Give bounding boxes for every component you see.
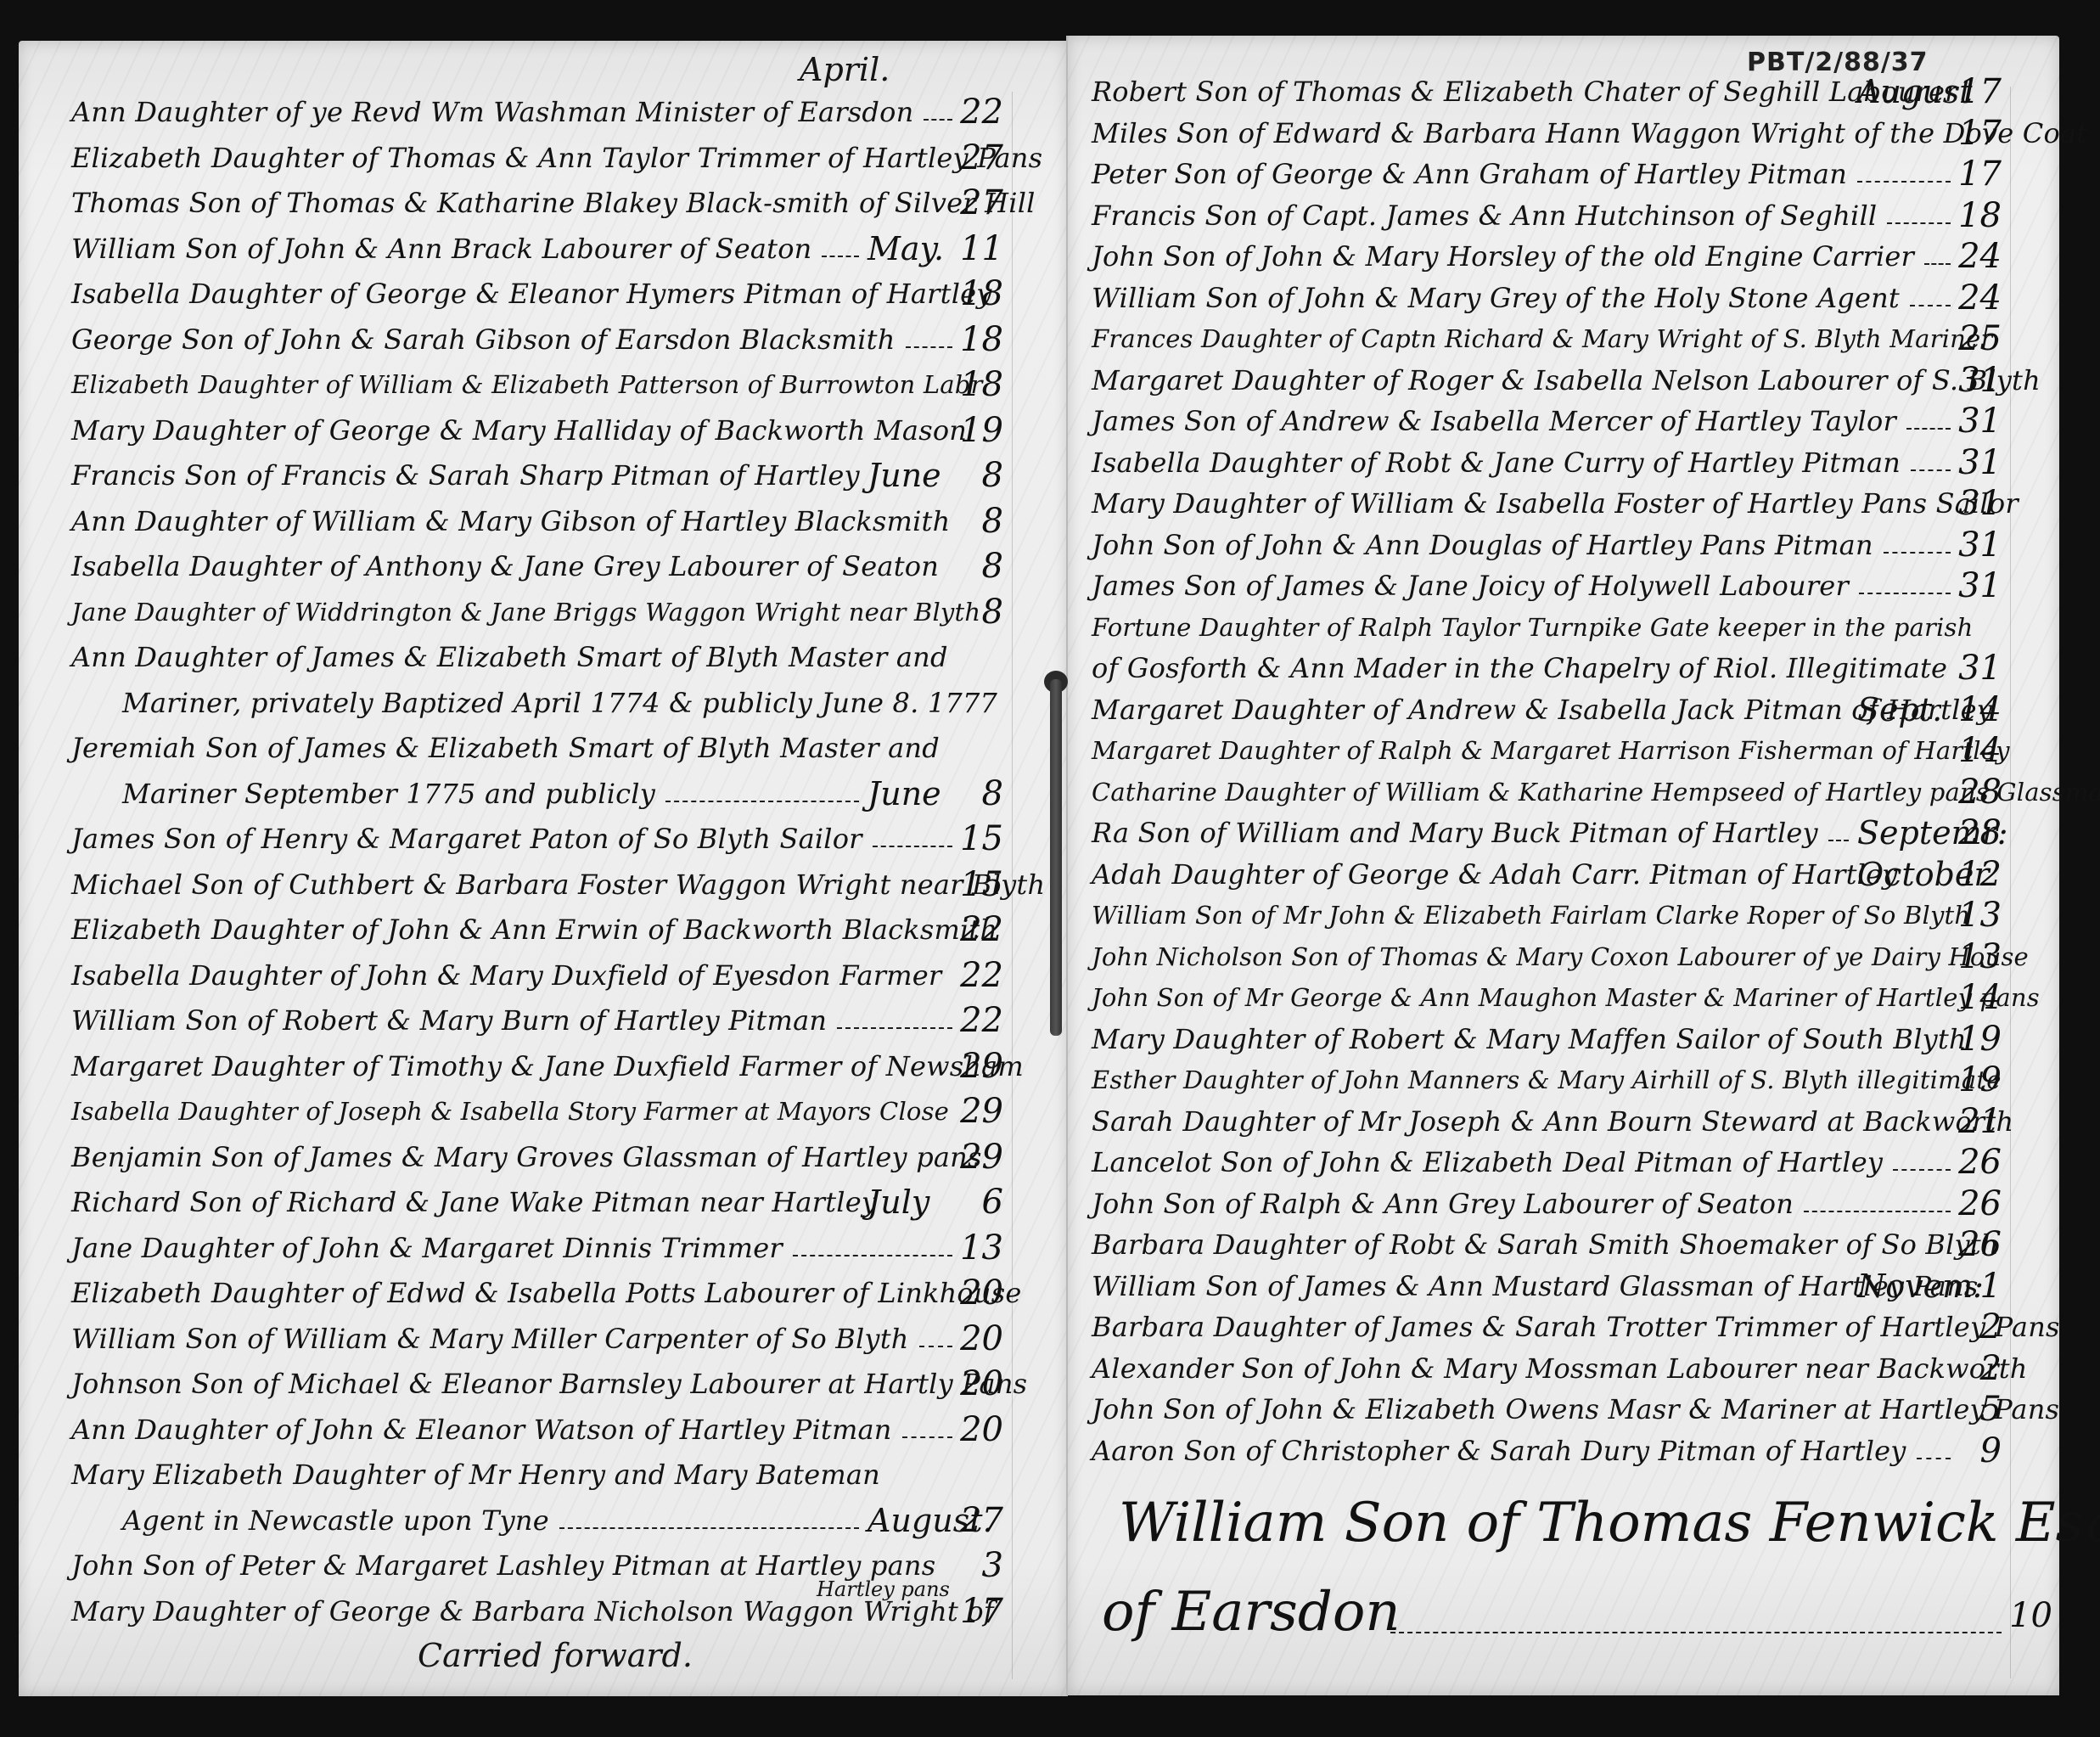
day-number: 8	[944, 499, 1003, 543]
register-entry: Agent in Newcastle upon TyneAugust.27	[19, 1498, 1068, 1543]
entry-text: Michael Son of Cuthbert & Barbara Foster…	[71, 863, 1045, 907]
entry-text: James Son of Henry & Margaret Paton of S…	[71, 817, 862, 861]
register-entry: Sarah Daughter of Mr Joseph & Ann Bourn …	[1068, 1099, 2059, 1144]
entry-text: Barbara Daughter of James & Sarah Trotte…	[1092, 1305, 2060, 1349]
day-number: 31	[1942, 358, 2002, 402]
register-entry: Margaret Daughter of Ralph & Margaret Ha…	[1068, 728, 2059, 773]
register-entry: Margaret Daughter of Andrew & Isabella J…	[1068, 688, 2059, 732]
entry-text: Thomas Son of Thomas & Katharine Blakey …	[71, 181, 1036, 225]
register-entry: Catharine Daughter of William & Katharin…	[1068, 770, 2059, 814]
entry-text: Margaret Daughter of Timothy & Jane Duxf…	[71, 1044, 1024, 1088]
entry-text: Mary Elizabeth Daughter of Mr Henry and …	[71, 1453, 880, 1497]
register-entry: Isabella Daughter of John & Mary Duxfiel…	[19, 953, 1068, 998]
register-entry: James Son of Andrew & Isabella Mercer of…	[1068, 399, 2059, 443]
day-number: 13	[1942, 935, 2002, 979]
day-number: 19	[944, 408, 1003, 453]
entry-text: Ann Daughter of ye Revd Wm Washman Minis…	[71, 90, 913, 134]
day-number: 8	[944, 772, 1003, 816]
entry-text: Jane Daughter of Widdrington & Jane Brig…	[71, 590, 980, 634]
day-number: 13	[944, 1226, 1003, 1270]
entry-text: Barbara Daughter of Robt & Sarah Smith S…	[1092, 1223, 1999, 1267]
entry-text: James Son of James & Jane Joicy of Holyw…	[1092, 564, 1849, 608]
day-number: 8	[944, 544, 1003, 588]
day-number: 31	[1942, 646, 2002, 690]
month-label: June	[868, 453, 941, 497]
entry-text: John Son of John & Mary Horsley of the o…	[1092, 234, 1914, 278]
day-number: 14	[1942, 688, 2002, 732]
entry-text: Jane Daughter of John & Margaret Dinnis …	[71, 1226, 783, 1270]
register-entry: John Son of John & Mary Horsley of the o…	[1068, 234, 2059, 278]
entry-text: Johnson Son of Michael & Eleanor Barnsle…	[71, 1362, 1027, 1406]
entry-text: Isabella Daughter of John & Mary Duxfiel…	[71, 953, 941, 998]
entry-text: Mary Daughter of William & Isabella Fost…	[1092, 481, 2019, 526]
register-entry: Johnson Son of Michael & Eleanor Barnsle…	[19, 1362, 1068, 1406]
day-number: 19	[1942, 1058, 2002, 1102]
register-entry: George Son of John & Sarah Gibson of Ear…	[19, 318, 1068, 362]
month-label: July	[868, 1180, 929, 1224]
entry-text: Mariner, privately Baptized April 1774 &…	[122, 681, 997, 725]
entry-text: Mary Daughter of George & Mary Halliday …	[71, 408, 967, 453]
month-label: May.	[868, 227, 944, 271]
register-entry: William Son of William & Mary Miller Car…	[19, 1317, 1068, 1361]
register-entry: Isabella Daughter of George & Eleanor Hy…	[19, 272, 1068, 316]
day-number: 9	[1942, 1429, 2002, 1473]
register-entry: Ann Daughter of ye Revd Wm Washman Minis…	[19, 90, 1068, 134]
register-entry: Mary Daughter of William & Isabella Fost…	[1068, 481, 2059, 526]
day-number: 5	[1942, 1387, 2002, 1431]
register-entry: Frances Daughter of Captn Richard & Mary…	[1068, 317, 2059, 361]
final-entry-day: 10	[1993, 1594, 2052, 1638]
entry-text: Peter Son of George & Ann Graham of Hart…	[1092, 152, 1847, 196]
month-label: June	[868, 772, 941, 816]
day-number: 24	[1942, 234, 2002, 278]
register-entry: Isabella Daughter of Robt & Jane Curry o…	[1068, 441, 2059, 485]
register-entry: Isabella Daughter of Joseph & Isabella S…	[19, 1089, 1068, 1133]
entry-text: John Son of John & Elizabeth Owens Masr …	[1092, 1387, 2059, 1431]
entry-text: Ann Daughter of John & Eleanor Watson of…	[71, 1408, 892, 1452]
right-page: PBT/2/88/37 Robert Son of Thomas & Eliza…	[1068, 36, 2059, 1695]
day-number: 27	[944, 1498, 1003, 1543]
entry-text: Benjamin Son of James & Mary Groves Glas…	[71, 1135, 982, 1179]
register-entry: Lancelot Son of John & Elizabeth Deal Pi…	[1068, 1140, 2059, 1184]
register-entry: Elizabeth Daughter of Thomas & Ann Taylo…	[19, 136, 1068, 180]
register-entry: Mariner, privately Baptized April 1774 &…	[19, 681, 1068, 725]
entry-text: John Nicholson Son of Thomas & Mary Coxo…	[1092, 935, 2029, 979]
day-number: 11	[944, 227, 1003, 271]
leader-line	[837, 1027, 952, 1029]
entry-text: Jeremiah Son of James & Elizabeth Smart …	[71, 726, 940, 770]
day-number: 31	[1942, 564, 2002, 608]
day-number: 8	[944, 590, 1003, 634]
register-entry: William Son of Robert & Mary Burn of Har…	[19, 998, 1068, 1043]
day-number: 6	[944, 1180, 1003, 1224]
register-entry: John Son of John & Elizabeth Owens Masr …	[1068, 1387, 2059, 1431]
entry-text: of Gosforth & Ann Mader in the Chapelry …	[1092, 646, 1947, 690]
register-entry: Jeremiah Son of James & Elizabeth Smart …	[19, 726, 1068, 770]
register-entry: Esther Daughter of John Manners & Mary A…	[1068, 1058, 2059, 1102]
carried-forward-note: Carried forward.	[418, 1637, 693, 1674]
leader-line	[1390, 1632, 2002, 1633]
register-entry: Miles Son of Edward & Barbara Hann Waggo…	[1068, 111, 2059, 155]
day-number: 20	[944, 1362, 1003, 1406]
entry-text: Alexander Son of John & Mary Mossman Lab…	[1092, 1346, 2028, 1391]
register-entry: Benjamin Son of James & Mary Groves Glas…	[19, 1135, 1068, 1179]
register-entry: Elizabeth Daughter of William & Elizabet…	[19, 363, 1068, 407]
entry-text: Francis Son of Francis & Sarah Sharp Pit…	[71, 453, 860, 497]
register-entry: Alexander Son of John & Mary Mossman Lab…	[1068, 1346, 2059, 1391]
day-number: 22	[944, 998, 1003, 1043]
day-number: 17	[1942, 111, 2002, 155]
day-number: 22	[944, 90, 1003, 134]
day-number: 8	[944, 453, 1003, 497]
entry-text: Ann Daughter of James & Elizabeth Smart …	[71, 635, 948, 679]
leader-line	[665, 801, 859, 802]
left-page: April. Ann Daughter of ye Revd Wm Washma…	[19, 41, 1068, 1696]
register-entry: Jane Daughter of Widdrington & Jane Brig…	[19, 590, 1068, 634]
leader-line	[1884, 552, 1951, 554]
register-entry: Margaret Daughter of Timothy & Jane Duxf…	[19, 1044, 1068, 1088]
day-number: 22	[944, 908, 1003, 952]
entry-text: William Son of Mr John & Elizabeth Fairl…	[1092, 893, 1970, 937]
entry-text: Mary Daughter of Robert & Mary Maffen Sa…	[1092, 1017, 1967, 1061]
day-number: 17	[1942, 70, 2002, 114]
entry-text: Francis Son of Capt. James & Ann Hutchin…	[1092, 194, 1877, 238]
final-entry-line1: William Son of Thomas Fenwick Esqr	[1119, 1492, 2100, 1554]
day-number: 28	[1942, 811, 2002, 855]
entry-text: James Son of Andrew & Isabella Mercer of…	[1092, 399, 1896, 443]
entry-text: Isabella Daughter of George & Eleanor Hy…	[71, 272, 992, 316]
leader-line	[1859, 593, 1951, 594]
register-entry: Robert Son of Thomas & Elizabeth Chater …	[1068, 70, 2059, 114]
leader-line	[822, 256, 859, 257]
entry-text: Frances Daughter of Captn Richard & Mary…	[1092, 317, 1992, 361]
register-entry: Richard Son of Richard & Jane Wake Pitma…	[19, 1180, 1068, 1224]
day-number: 17	[1942, 152, 2002, 196]
day-number: 31	[1942, 399, 2002, 443]
register-entry: William Son of John & Mary Grey of the H…	[1068, 276, 2059, 320]
register-entry: Michael Son of Cuthbert & Barbara Foster…	[19, 863, 1068, 907]
register-entry: Elizabeth Daughter of Edwd & Isabella Po…	[19, 1271, 1068, 1315]
entry-text: Isabella Daughter of Anthony & Jane Grey…	[71, 544, 939, 588]
register-entry: Mary Daughter of George & Mary Halliday …	[19, 408, 1068, 453]
day-number: 18	[944, 318, 1003, 362]
register-entry: Isabella Daughter of Anthony & Jane Grey…	[19, 544, 1068, 588]
day-number: 18	[1942, 194, 2002, 238]
register-entry: Margaret Daughter of Roger & Isabella Ne…	[1068, 358, 2059, 402]
entry-text: William Son of John & Mary Grey of the H…	[1092, 276, 1900, 320]
entry-text: Elizabeth Daughter of John & Ann Erwin o…	[71, 908, 997, 952]
leader-line	[1804, 1211, 1951, 1212]
entry-text: Richard Son of Richard & Jane Wake Pitma…	[71, 1180, 877, 1224]
register-entry: Francis Son of Francis & Sarah Sharp Pit…	[19, 453, 1068, 497]
day-number: 15	[944, 817, 1003, 861]
day-number: 31	[1942, 523, 2002, 567]
binding-thread	[1050, 679, 1062, 1036]
day-number: 14	[1942, 728, 2002, 773]
day-number: 29	[944, 1135, 1003, 1179]
entry-text: William Son of John & Ann Brack Labourer…	[71, 227, 811, 271]
register-entry: Barbara Daughter of Robt & Sarah Smith S…	[1068, 1223, 2059, 1267]
register-entry: Ann Daughter of John & Eleanor Watson of…	[19, 1408, 1068, 1452]
entry-text: John Son of John & Ann Douglas of Hartle…	[1092, 523, 1873, 567]
day-number: 3	[944, 1543, 1003, 1588]
day-number: 19	[1942, 1017, 2002, 1061]
day-number: 20	[944, 1408, 1003, 1452]
entry-text: Isabella Daughter of Robt & Jane Curry o…	[1092, 441, 1901, 485]
leader-line	[793, 1255, 952, 1256]
entry-text: William Son of James & Ann Mustard Glass…	[1092, 1264, 1979, 1308]
entry-text: Mariner September 1775 and publicly	[122, 772, 655, 816]
entry-text: Elizabeth Daughter of William & Elizabet…	[71, 363, 983, 407]
register-entry: Aaron Son of Christopher & Sarah Dury Pi…	[1068, 1429, 2059, 1473]
entry-text: Elizabeth Daughter of Edwd & Isabella Po…	[71, 1271, 1021, 1315]
entry-text: John Son of Mr George & Ann Maughon Mast…	[1092, 975, 2040, 1020]
register-entry: Fortune Daughter of Ralph Taylor Turnpik…	[1068, 605, 2059, 649]
entry-text: Elizabeth Daughter of Thomas & Ann Taylo…	[71, 136, 1042, 180]
day-number: 2	[1942, 1346, 2002, 1391]
register-entry: Mariner September 1775 and publiclyJune8	[19, 772, 1068, 816]
day-number: 26	[1942, 1182, 2002, 1226]
entry-text: Lancelot Son of John & Elizabeth Deal Pi…	[1092, 1140, 1883, 1184]
register-entry: Peter Son of George & Ann Graham of Hart…	[1068, 152, 2059, 196]
leader-line	[1887, 222, 1951, 224]
day-number: 26	[1942, 1140, 2002, 1184]
entry-text: George Son of John & Sarah Gibson of Ear…	[71, 318, 896, 362]
entry-text: Aaron Son of Christopher & Sarah Dury Pi…	[1092, 1429, 1906, 1473]
register-entry: John Nicholson Son of Thomas & Mary Coxo…	[1068, 935, 2059, 979]
day-number: 20	[944, 1271, 1003, 1315]
day-number: 1	[1942, 1264, 2002, 1308]
entry-text: Ra Son of William and Mary Buck Pitman o…	[1092, 811, 1818, 855]
day-number: 15	[944, 863, 1003, 907]
register-entry: William Son of James & Ann Mustard Glass…	[1068, 1264, 2059, 1308]
entry-text: Margaret Daughter of Ralph & Margaret Ha…	[1092, 728, 2010, 773]
entry-text: Ann Daughter of William & Mary Gibson of…	[71, 499, 950, 543]
register-entry: James Son of Henry & Margaret Paton of S…	[19, 817, 1068, 861]
entry-text: Agent in Newcastle upon Tyne	[122, 1498, 549, 1543]
entry-text: Robert Son of Thomas & Elizabeth Chater …	[1092, 70, 1958, 114]
entry-text: William Son of William & Mary Miller Car…	[71, 1317, 909, 1361]
register-entry: Ra Son of William and Mary Buck Pitman o…	[1068, 811, 2059, 855]
entry-text: Fortune Daughter of Ralph Taylor Turnpik…	[1092, 605, 1974, 649]
register-entry: John Son of John & Ann Douglas of Hartle…	[1068, 523, 2059, 567]
entry-text: Miles Son of Edward & Barbara Hann Waggo…	[1092, 111, 2087, 155]
register-entry: Mary Daughter of George & Barbara Nichol…	[19, 1589, 1068, 1633]
register-entry: Mary Elizabeth Daughter of Mr Henry and …	[19, 1453, 1068, 1497]
day-number: 29	[944, 1044, 1003, 1088]
day-number: 31	[1942, 441, 2002, 485]
day-number: 28	[1942, 770, 2002, 814]
register-entry: William Son of John & Ann Brack Labourer…	[19, 227, 1068, 271]
day-number: 18	[944, 272, 1003, 316]
register-entry: James Son of James & Jane Joicy of Holyw…	[1068, 564, 2059, 608]
register-entry: Adah Daughter of George & Adah Carr. Pit…	[1068, 852, 2059, 897]
day-number: 25	[1942, 317, 2002, 361]
leader-line	[1828, 840, 1849, 841]
day-number: 27	[944, 181, 1003, 225]
leader-line	[1857, 181, 1951, 183]
day-number: 22	[944, 953, 1003, 998]
register-entry: of Gosforth & Ann Mader in the Chapelry …	[1068, 646, 2059, 690]
register-entry: Mary Daughter of Robert & Mary Maffen Sa…	[1068, 1017, 2059, 1061]
entry-text: Margaret Daughter of Roger & Isabella Ne…	[1092, 358, 2041, 402]
register-entry: Thomas Son of Thomas & Katharine Blakey …	[19, 181, 1068, 225]
day-number: 27	[944, 136, 1003, 180]
day-number: 2	[1942, 1305, 2002, 1349]
day-number: 14	[1942, 975, 2002, 1020]
entry-text: John Son of Ralph & Ann Grey Labourer of…	[1092, 1182, 1794, 1226]
register-entry: Elizabeth Daughter of John & Ann Erwin o…	[19, 908, 1068, 952]
entry-text: Adah Daughter of George & Adah Carr. Pit…	[1092, 852, 1898, 897]
entry-text: Isabella Daughter of Joseph & Isabella S…	[71, 1089, 949, 1133]
month-label: Sept.	[1857, 688, 1942, 732]
register-entry: Ann Daughter of James & Elizabeth Smart …	[19, 635, 1068, 679]
entry-text: Esther Daughter of John Manners & Mary A…	[1092, 1058, 2002, 1102]
register-entry: John Son of Ralph & Ann Grey Labourer of…	[1068, 1182, 2059, 1226]
day-number: 29	[944, 1089, 1003, 1133]
day-number: 31	[1942, 481, 2002, 526]
register-entry: Francis Son of Capt. James & Ann Hutchin…	[1068, 194, 2059, 238]
entry-text: John Son of Peter & Margaret Lashley Pit…	[71, 1543, 935, 1588]
entry-text: Sarah Daughter of Mr Joseph & Ann Bourn …	[1092, 1099, 2013, 1144]
register-entry: Barbara Daughter of James & Sarah Trotte…	[1068, 1305, 2059, 1349]
day-number: 18	[944, 363, 1003, 407]
day-number: 21	[1942, 1099, 2002, 1144]
day-number: 20	[944, 1317, 1003, 1361]
leader-line	[559, 1527, 859, 1529]
day-number: 24	[1942, 276, 2002, 320]
register-entry: Jane Daughter of John & Margaret Dinnis …	[19, 1226, 1068, 1270]
final-entry-line2: of Earsdon	[1102, 1581, 1401, 1644]
day-number: 12	[1942, 852, 2002, 897]
day-number: 13	[1942, 893, 2002, 937]
register-entry: John Son of Mr George & Ann Maughon Mast…	[1068, 975, 2059, 1020]
register-entry: Ann Daughter of William & Mary Gibson of…	[19, 499, 1068, 543]
entry-text: William Son of Robert & Mary Burn of Har…	[71, 998, 827, 1043]
day-number: 26	[1942, 1223, 2002, 1267]
register-entry: William Son of Mr John & Elizabeth Fairl…	[1068, 893, 2059, 937]
day-number: 17	[944, 1589, 1003, 1633]
interlinear-note: Hartley pans	[817, 1567, 950, 1611]
leader-line	[873, 846, 952, 847]
month-heading: April.	[800, 51, 890, 88]
